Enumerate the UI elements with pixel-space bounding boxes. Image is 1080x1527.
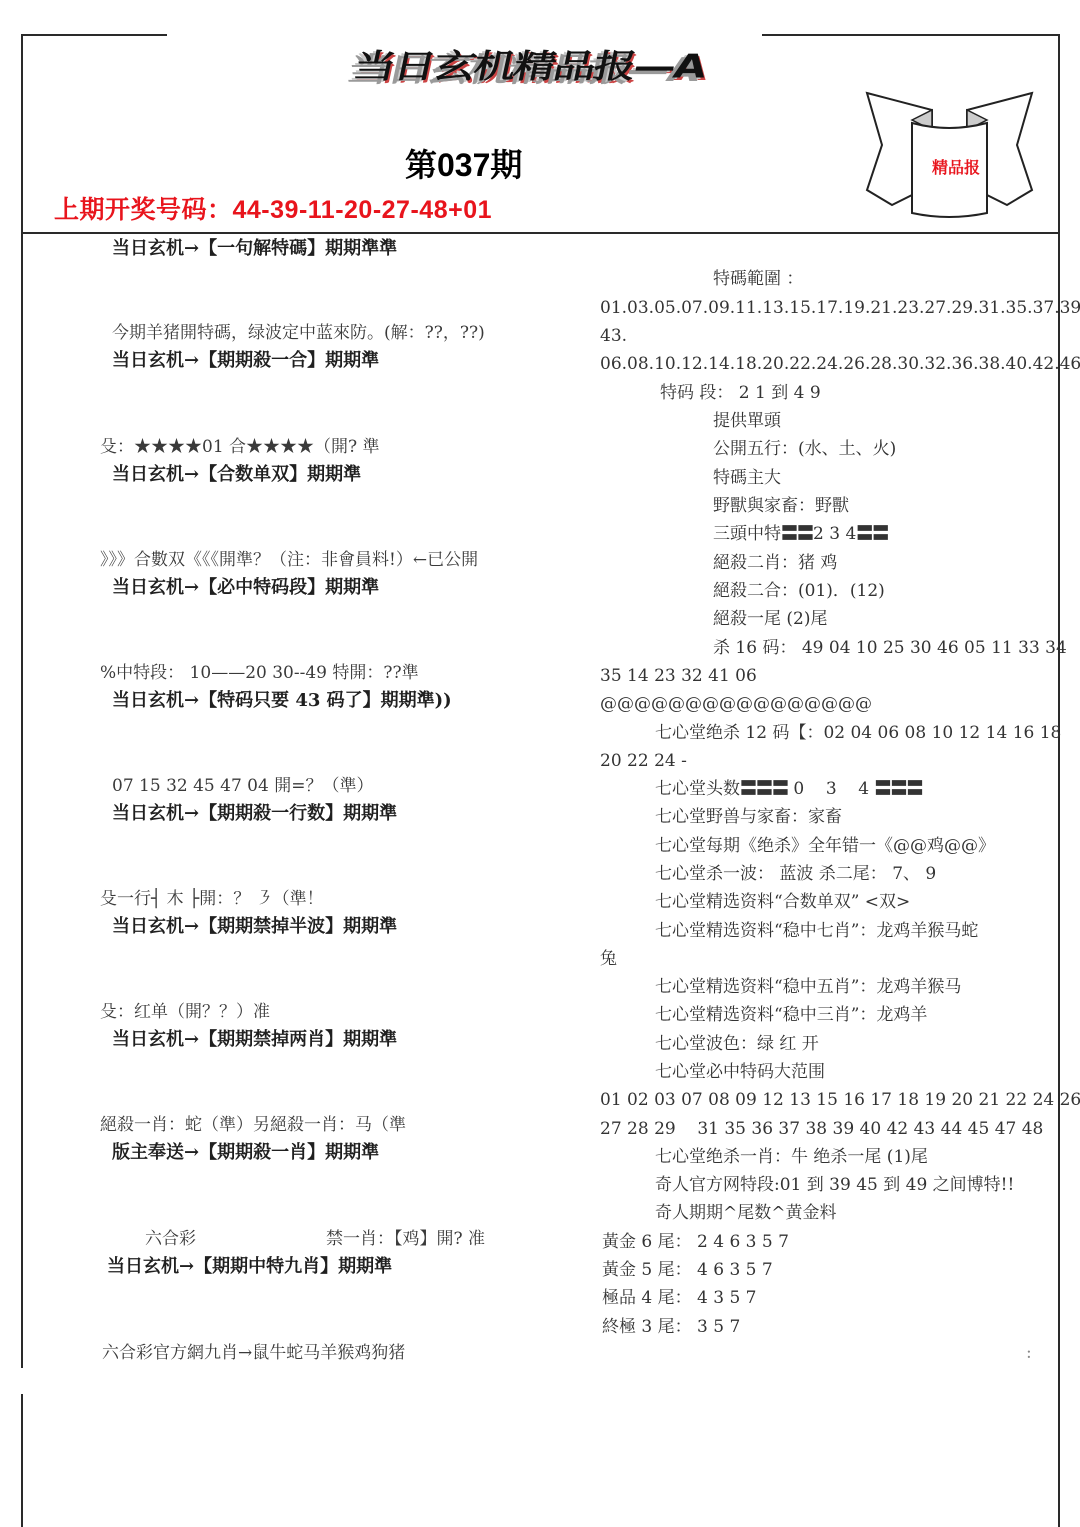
big-range-label: 七心堂必中特码大范围 — [655, 1061, 825, 1083]
kill-ox: 七心堂绝杀一肖：牛 绝杀一尾 (1)尾 — [655, 1146, 928, 1168]
section-content: 07 15 32 45 47 04 開=？（準） — [112, 775, 373, 797]
qiren-segment: 奇人官方网特段:01 到 39 45 到 49 之间博特!! — [655, 1174, 1014, 1196]
seven-zodiac-line-2: 兔 — [600, 948, 617, 970]
section-content: 殳：★★★★01 合★★★★（開? 準 — [100, 436, 380, 458]
section-content: 》》》合數双《《《開準？（注：非會員料!）←已公開 — [100, 549, 478, 571]
bars-icon: 〓〓 — [856, 524, 888, 544]
section-content: 絕殺一肖：蛇（準）另絕殺一肖：马（準 — [100, 1114, 406, 1136]
range-line-1: 01.03.05.07.09.11.13.15.17.19.21.23.27.2… — [600, 297, 1080, 319]
section-title: 当日玄机→【必中特码段】期期準 — [112, 577, 379, 599]
frame-left-lower — [21, 1394, 23, 1527]
header-divider — [21, 232, 1060, 234]
big-range-line-2: 27 28 29 31 35 36 37 38 39 40 42 43 44 4… — [600, 1118, 1043, 1140]
frame-top-left — [21, 34, 167, 36]
kill12-line-2: 20 22 24 - — [600, 750, 687, 772]
wave-kill: 七心堂杀一波： 蓝波 杀二尾： 7、 9 — [655, 863, 936, 885]
issue-number: 第037期 — [405, 140, 522, 186]
bars-icon: 〓〓〓 — [875, 779, 923, 799]
head-prefix: 七心堂头数 — [655, 779, 740, 799]
section-content-b: 禁一肖：【鸡】開? 准 — [326, 1228, 485, 1250]
section-title: 版主奉送→【期期殺一肖】期期準 — [112, 1142, 379, 1164]
kill-two-he: 絕殺二合：(01)．(12) — [713, 580, 885, 602]
seven-zodiac-line-1: 七心堂精选资料“稳中七肖”：龙鸡羊猴马蛇 — [655, 920, 978, 942]
three-zodiac: 七心堂精选资料“稳中三肖”：龙鸡羊 — [655, 1004, 927, 1026]
frame-left-upper — [21, 34, 23, 1368]
section-title: 当日玄机→【特码只要 43 码了】期期準)) — [112, 690, 452, 712]
section-content: 殳一行┤ 木 ├開：？ ㇋（準！ — [100, 888, 324, 910]
range-label: 特碼範圍 ： — [713, 268, 803, 290]
section-title: 当日玄机→【期期禁掉两肖】期期準 — [112, 1029, 397, 1051]
section-title: 当日玄机→【合数单双】期期準 — [112, 464, 361, 486]
kill-two-zodiac: 絕殺二肖：猪 鸡 — [713, 552, 837, 574]
section-content-a: 六合彩 — [145, 1228, 196, 1250]
section-content: 六合彩官方網九肖→鼠牛蛇马羊猴鸡狗猪 — [102, 1342, 405, 1364]
main-big: 特碼主大 — [713, 467, 781, 489]
section-title: 当日玄机→【期期殺一合】期期準 — [112, 350, 379, 372]
section-content: 今期羊猪開特碼，绿波定中蓝來防。(解：??，??) — [112, 322, 485, 344]
three-head-value: 2 3 4 — [813, 524, 856, 544]
badge-label: 精品报 — [932, 155, 980, 178]
kill-one-tail: 絕殺一尾 (2)尾 — [713, 608, 827, 630]
ribbon-icon — [862, 85, 1037, 220]
yearly-kill: 七心堂每期《绝杀》全年错一《@@鸡@@》 — [655, 835, 995, 857]
ribbon-badge: 精品报 — [862, 85, 1037, 220]
section-title: 当日玄机→【一句解特碼】期期準準 — [112, 238, 397, 260]
section-content: %中特段： 10——20 30--49 特開：??準 — [100, 662, 419, 684]
qiren-tail: 奇人期期^尾数^黄金料 — [655, 1202, 837, 1224]
at-row: @@@@@@@@@@@@@@@@ — [600, 693, 872, 715]
gold-5-tail: 黃金 5 尾： 4 6 3 5 7 — [602, 1259, 773, 1281]
last-draw-numbers: 上期开奖号码：44-39-11-20-27-48+01 — [54, 190, 492, 226]
three-head-prefix: 三頭中特 — [713, 524, 781, 544]
range-line-3: 06.08.10.12.14.18.20.22.24.26.28.30.32.3… — [600, 353, 1080, 375]
bars-icon: 〓〓〓 — [740, 779, 788, 799]
section-title: 当日玄机→【期期禁掉半波】期期準 — [112, 916, 397, 938]
masthead-title: 当日玄机精品报—A — [350, 48, 758, 85]
wave-color: 七心堂波色：绿 红 开 — [655, 1033, 819, 1055]
section-title: 当日玄机→【期期中特九肖】期期準 — [107, 1256, 392, 1278]
head-count: 七心堂头数〓〓〓 0 3 4 〓〓〓 — [655, 778, 923, 800]
odd-even: 七心堂精选资料“合数单双” <双> — [655, 891, 910, 913]
section-title: 当日玄机→【期期殺一行数】期期準 — [112, 803, 397, 825]
three-head: 三頭中特〓〓2 3 4〓〓 — [713, 523, 888, 545]
range-line-2: 43. — [600, 325, 627, 347]
frame-top-right — [762, 34, 1060, 36]
beast: 野獸與家畜：野獸 — [713, 495, 849, 517]
wuxing: 公開五行：(水、土、火) — [713, 438, 896, 460]
provide-head: 提供單頭 — [713, 410, 781, 432]
bars-icon: 〓〓 — [781, 524, 813, 544]
head-value: 0 3 4 — [793, 779, 869, 799]
beast-2: 七心堂野兽与家畜：家畜 — [655, 806, 842, 828]
kill16-line-1: 杀 16 码： 49 04 10 25 30 46 05 11 33 34 — [713, 637, 1067, 659]
stray-colon: : — [1026, 1342, 1032, 1364]
best-4-tail: 極品 4 尾： 4 3 5 7 — [602, 1287, 757, 1309]
kill16-line-2: 35 14 23 32 41 06 — [600, 665, 757, 687]
segment: 特码 段： 2 1 到 4 9 — [660, 382, 821, 404]
frame-right — [1058, 34, 1060, 1527]
gold-6-tail: 黃金 6 尾： 2 4 6 3 5 7 — [602, 1231, 789, 1253]
kill12-line-1: 七心堂绝杀 12 码【：02 04 06 08 10 12 14 16 18 — [655, 722, 1061, 744]
five-zodiac: 七心堂精选资料“稳中五肖”：龙鸡羊猴马 — [655, 976, 961, 998]
section-content: 殳：红单（開？？）准 — [100, 1001, 270, 1023]
big-range-line-1: 01 02 03 07 08 09 12 13 15 16 17 18 19 2… — [600, 1089, 1080, 1111]
final-3-tail: 終極 3 尾： 3 5 7 — [602, 1316, 740, 1338]
